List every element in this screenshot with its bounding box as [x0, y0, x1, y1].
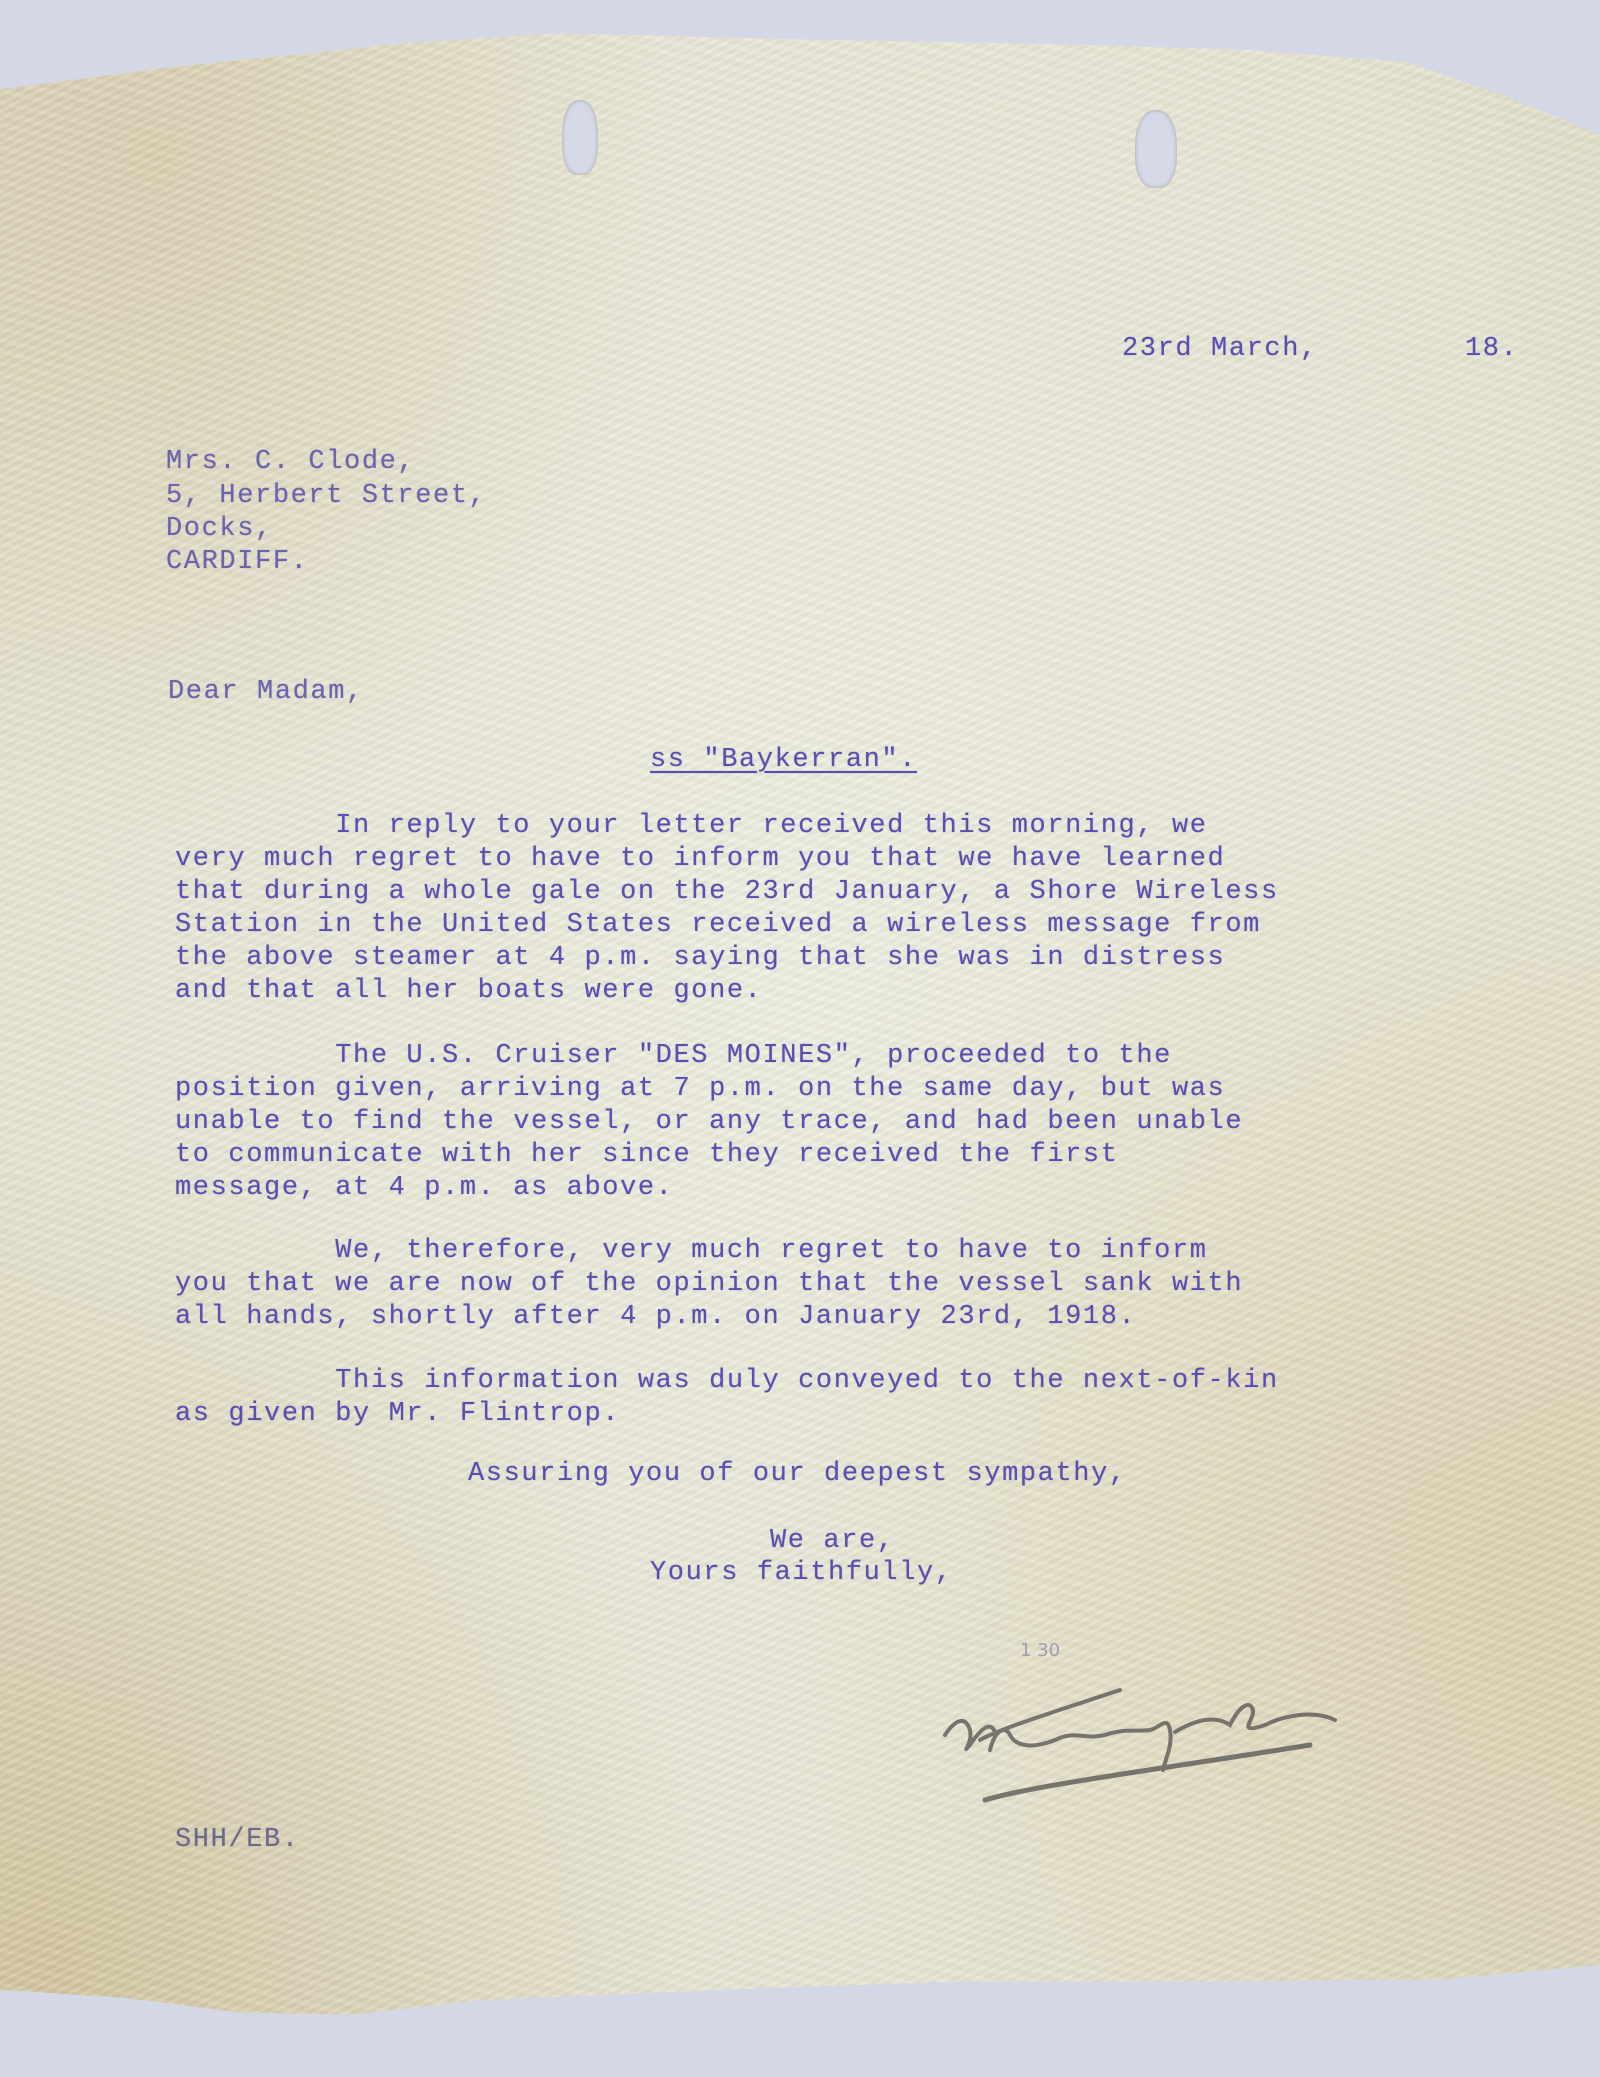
paragraph-line: We, therefore, very much regret to have …: [175, 1235, 1208, 1268]
recipient-street: 5, Herbert Street,: [166, 480, 486, 513]
paragraph-line: that during a whole gale on the 23rd Jan…: [175, 876, 1279, 909]
paragraph-line: the above steamer at 4 p.m. saying that …: [175, 942, 1225, 975]
recipient-city: CARDIFF.: [166, 546, 308, 579]
paragraph-line: all hands, shortly after 4 p.m. on Janua…: [175, 1301, 1136, 1334]
paragraph-line: and that all her boats were gone.: [175, 975, 763, 1008]
paragraph-line: you that we are now of the opinion that …: [175, 1268, 1243, 1301]
pencil-note: 1 30: [1020, 1640, 1060, 1661]
letter-year: 18.: [1465, 333, 1518, 366]
paragraph-line: as given by Mr. Flintrop.: [175, 1398, 620, 1431]
punch-hole-right: [1135, 110, 1177, 188]
valediction-yours-faithfully: Yours faithfully,: [650, 1557, 953, 1590]
paragraph-line: to communicate with her since they recei…: [175, 1139, 1119, 1172]
valediction-we-are: We are,: [770, 1525, 895, 1558]
paragraph-line: In reply to your letter received this mo…: [175, 810, 1208, 843]
recipient-name: Mrs. C. Clode,: [166, 446, 415, 479]
closing-line: Assuring you of our deepest sympathy,: [468, 1458, 1127, 1491]
paragraph-line: very much regret to have to inform you t…: [175, 843, 1225, 876]
reference-initials: SHH/EB.: [175, 1824, 300, 1857]
letter-date: 23rd March,: [1122, 333, 1318, 366]
paragraph-line: unable to find the vessel, or any trace,…: [175, 1106, 1243, 1139]
paper-texture: [0, 0, 1600, 2077]
signature-icon: [935, 1660, 1355, 1810]
paragraph-line: Station in the United States received a …: [175, 909, 1261, 942]
subject-line: ss "Baykerran".: [650, 744, 917, 777]
paragraph-line: message, at 4 p.m. as above.: [175, 1172, 673, 1205]
paragraph-line: position given, arriving at 7 p.m. on th…: [175, 1073, 1225, 1106]
punch-hole-left: [562, 100, 598, 175]
recipient-area: Docks,: [166, 513, 273, 546]
salutation: Dear Madam,: [168, 676, 364, 709]
paragraph-line: This information was duly conveyed to th…: [175, 1365, 1279, 1398]
paragraph-line: The U.S. Cruiser "DES MOINES", proceeded…: [175, 1040, 1172, 1073]
letter-paper: [0, 0, 1600, 2077]
